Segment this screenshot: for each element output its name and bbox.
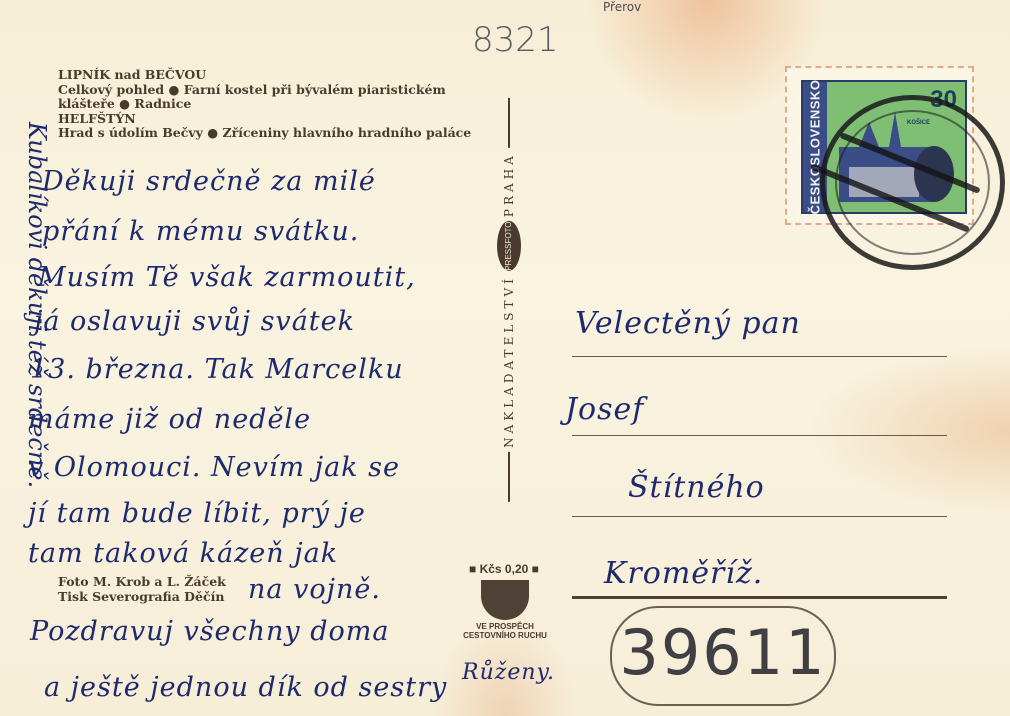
tax-motto: VE PROSPĚCH CESTOVNÍHO RUCHU [455,622,555,640]
caption-line: HELFŠTÝN [58,112,478,127]
message-line: na vojně. [248,574,381,605]
print-credits: Foto M. Krob a L. Žáček Tisk Severografi… [58,575,258,604]
signature: Růženy. [462,660,555,685]
message-line: přání k mému svátku. [42,216,359,247]
publisher-imprint: NAKLADATELSTVÍ PRESSFOTO PRAHA [498,70,520,530]
message-line: v Olomouci. Nevím jak se [28,452,400,483]
address-rule [572,435,947,436]
caption-line: Hrad s údolím Bečvy ● Zříceniny hlavního… [58,126,478,141]
pressfoto-logo-icon: PRESSFOTO [497,221,521,271]
message-line: Musím Tě však zarmoutit, [38,262,416,293]
margin-note: Kubalíkovi děkuji též srdečně. [22,40,52,570]
photo-caption: LIPNÍK nad BEČVOU Celkový pohled ● Farní… [58,68,478,141]
message-line: a ještě jednou dík od sestry [44,672,447,703]
caption-line: LIPNÍK nad BEČVOU [58,68,478,83]
address-rule [572,596,947,599]
message-line: já oslavuji svůj svátek [34,306,355,337]
credit-line: Tisk Severografia Děčín [58,590,258,605]
postal-code: 39611 [612,616,834,689]
address-line: Velectěný pan [575,306,801,341]
address-line: Štítného [628,470,765,505]
publisher-name: NAKLADATELSTVÍ [502,275,516,448]
caption-line: Celkový pohled ● Farní kostel při bývalé… [58,83,478,112]
publisher-city: PRAHA [502,152,516,217]
message-line: Děkuji srdečně za milé [42,166,376,197]
pencil-town-note: Přerov [603,0,641,14]
divider [508,452,510,502]
address-rule [572,356,947,357]
message-line: jí tam bude líbit, prý je [28,498,366,529]
address-rule [572,516,947,517]
postal-code-box: 39611 [610,606,836,706]
castle-shield-icon [481,580,529,620]
message-line: 13. března. Tak Marcelku [30,354,404,385]
address-line: Josef [565,392,644,427]
tax-price: ■ Kčs 0,20 ■ [469,562,539,576]
message-line: tam taková kázeň jak [28,538,338,569]
divider [508,98,510,148]
address-line: Kroměříž. [604,556,763,591]
postcard-back: Přerov 8321 LIPNÍK nad BEČVOU Celkový po… [0,0,1010,716]
credit-line: Foto M. Krob a L. Žáček [58,575,258,590]
pencil-catalog-number: 8321 [472,20,559,60]
postmark-cancellation [820,95,1005,270]
tourism-tax-stamp: ■ Kčs 0,20 ■ VE PROSPĚCH CESTOVNÍHO RUCH… [455,562,555,640]
message-line: Pozdravuj všechny doma [30,616,390,647]
message-line: máme již od neděle [28,404,311,435]
